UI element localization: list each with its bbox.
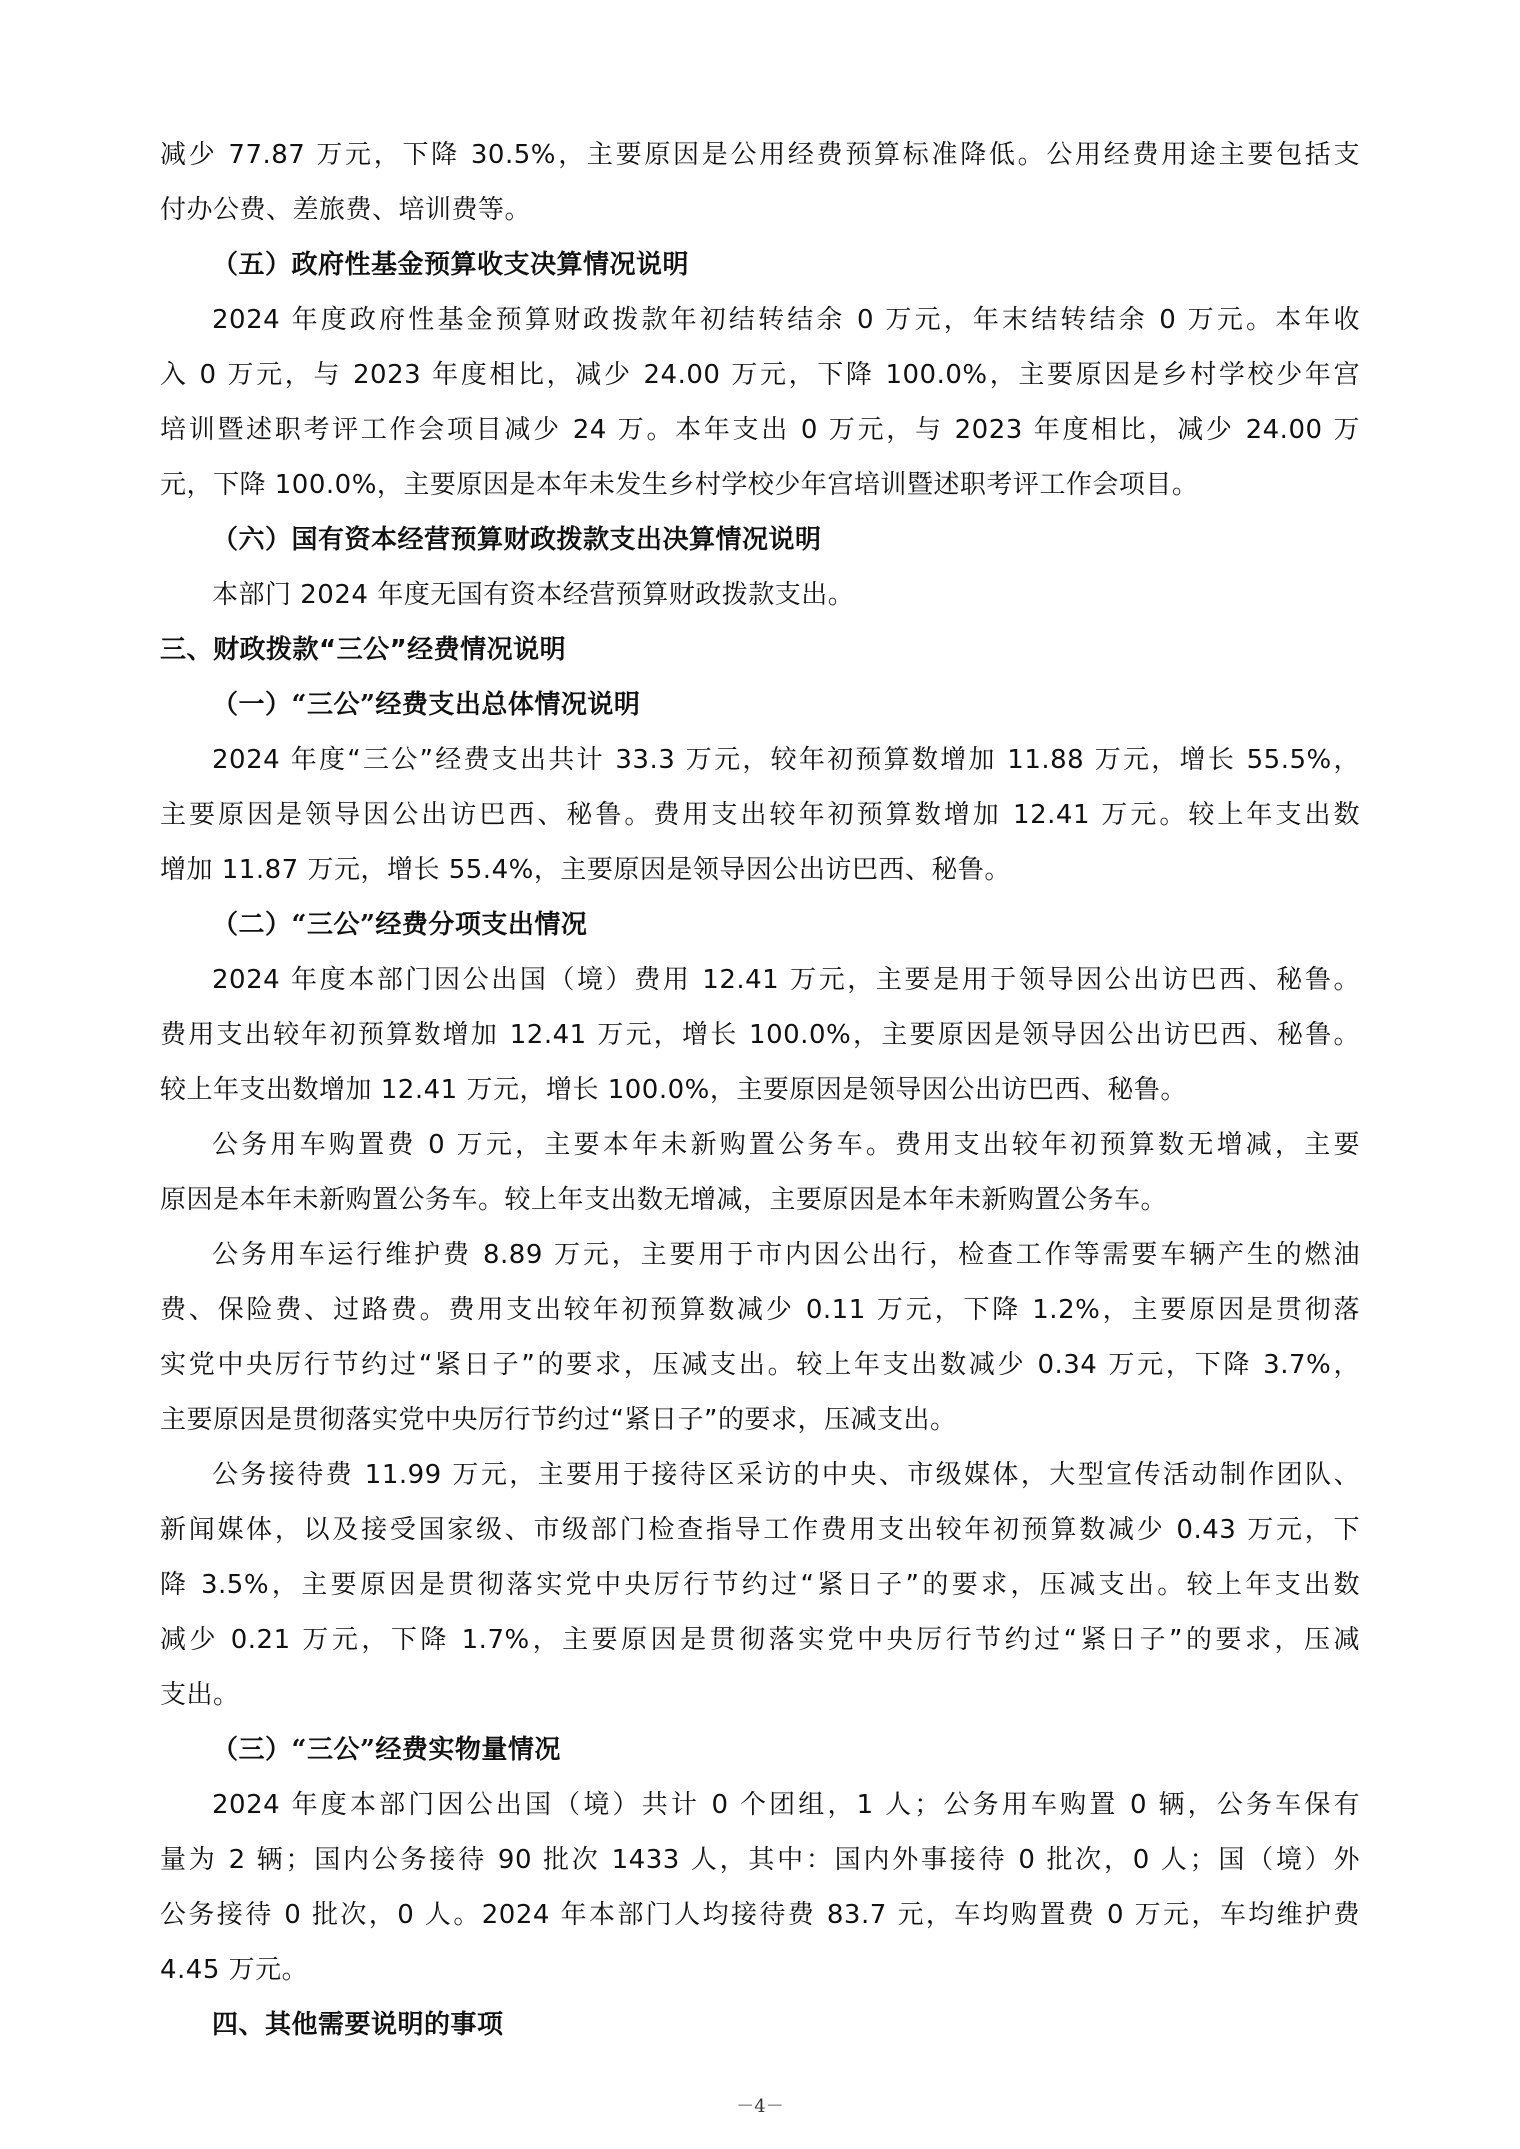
text-line: 增加 11.87 万元，增长 55.4%，主要原因是领导因公出访巴西、秘鲁。 <box>160 843 1360 898</box>
paragraph-reception-expenses: 公务接待费 11.99 万元，主要用于接待区采访的中央、市级媒体，大型宣传活动制… <box>160 1448 1360 1723</box>
text-line: 费、保险费、过路费。费用支出较年初预算数减少 0.11 万元，下降 1.2%，主… <box>160 1283 1360 1338</box>
text-line: 降 3.5%，主要原因是贯彻落实党中央厉行节约过“紧日子”的要求，压减支出。较上… <box>160 1558 1360 1613</box>
text-line: 量为 2 辆；国内公务接待 90 批次 1433 人，其中：国内外事接待 0 批… <box>160 1833 1360 1888</box>
section-heading-government-fund: （五）政府性基金预算收支决算情况说明 <box>160 238 1360 293</box>
text-line: 公务用车运行维护费 8.89 万元，主要用于市内因公出行，检查工作等需要车辆产生… <box>160 1228 1360 1283</box>
text-line: 减少 77.87 万元，下降 30.5%，主要原因是公用经费预算标准降低。公用经… <box>160 128 1360 183</box>
section-heading-state-capital: （六）国有资本经营预算财政拨款支出决算情况说明 <box>160 513 1360 568</box>
text-line: 2024 年度“三公”经费支出共计 33.3 万元，较年初预算数增加 11.88… <box>160 733 1360 788</box>
text-line: 新闻媒体，以及接受国家级、市级部门检查指导工作费用支出较年初预算数减少 0.43… <box>160 1503 1360 1558</box>
text-line: 主要原因是贯彻落实党中央厉行节约过“紧日子”的要求，压减支出。 <box>160 1393 1360 1448</box>
paragraph-overseas-travel: 2024 年度本部门因公出国（境）费用 12.41 万元，主要是用于领导因公出访… <box>160 953 1360 1118</box>
text-line: 元，下降 100.0%，主要原因是本年未发生乡村学校少年宫培训暨述职考评工作会项… <box>160 458 1360 513</box>
paragraph-public-funds-continuation: 减少 77.87 万元，下降 30.5%，主要原因是公用经费预算标准降低。公用经… <box>160 128 1360 238</box>
text-line: 2024 年度本部门因公出国（境）共计 0 个团组，1 人；公务用车购置 0 辆… <box>160 1778 1360 1833</box>
paragraph-vehicle-maintenance: 公务用车运行维护费 8.89 万元，主要用于市内因公出行，检查工作等需要车辆产生… <box>160 1228 1360 1448</box>
chapter-heading-other-matters: 四、其他需要说明的事项 <box>160 1998 1360 2053</box>
paragraph-vehicle-purchase: 公务用车购置费 0 万元，主要本年未新购置公务车。费用支出较年初预算数无增减，主… <box>160 1118 1360 1228</box>
text-line: 2024 年度本部门因公出国（境）费用 12.41 万元，主要是用于领导因公出访… <box>160 953 1360 1008</box>
text-line: 主要原因是领导因公出访巴西、秘鲁。费用支出较年初预算数增加 12.41 万元。较… <box>160 788 1360 843</box>
paragraph-government-fund: 2024 年度政府性基金预算财政拨款年初结转结余 0 万元，年末结转结余 0 万… <box>160 293 1360 513</box>
text-line: 入 0 万元，与 2023 年度相比，减少 24.00 万元，下降 100.0%… <box>160 348 1360 403</box>
paragraph-overall-expenses: 2024 年度“三公”经费支出共计 33.3 万元，较年初预算数增加 11.88… <box>160 733 1360 898</box>
paragraph-state-capital: 本部门 2024 年度无国有资本经营预算财政拨款支出。 <box>160 568 1360 623</box>
document-page: 减少 77.87 万元，下降 30.5%，主要原因是公用经费预算标准降低。公用经… <box>160 128 1360 2053</box>
text-line: 公务接待 0 批次，0 人。2024 年本部门人均接待费 83.7 元，车均购置… <box>160 1888 1360 1943</box>
text-line: 培训暨述职考评工作会项目减少 24 万。本年支出 0 万元，与 2023 年度相… <box>160 403 1360 458</box>
text-line: 较上年支出数增加 12.41 万元，增长 100.0%，主要原因是领导因公出访巴… <box>160 1063 1360 1118</box>
text-line: 2024 年度政府性基金预算财政拨款年初结转结余 0 万元，年末结转结余 0 万… <box>160 293 1360 348</box>
text-line: 实党中央厉行节约过“紧日子”的要求，压减支出。较上年支出数减少 0.34 万元，… <box>160 1338 1360 1393</box>
text-line: 费用支出较年初预算数增加 12.41 万元，增长 100.0%，主要原因是领导因… <box>160 1008 1360 1063</box>
section-heading-overall-expenses: （一）“三公”经费支出总体情况说明 <box>160 678 1360 733</box>
chapter-heading-three-public-expenses: 三、财政拨款“三公”经费情况说明 <box>160 623 1360 678</box>
text-line: 公务用车购置费 0 万元，主要本年未新购置公务车。费用支出较年初预算数无增减，主… <box>160 1118 1360 1173</box>
paragraph-physical-quantity: 2024 年度本部门因公出国（境）共计 0 个团组，1 人；公务用车购置 0 辆… <box>160 1778 1360 1998</box>
text-line: 原因是本年未新购置公务车。较上年支出数无增减，主要原因是本年未新购置公务车。 <box>160 1173 1360 1228</box>
page-number: －4－ <box>0 2092 1520 2118</box>
text-line: 支出。 <box>160 1668 1360 1723</box>
text-line: 减少 0.21 万元，下降 1.7%，主要原因是贯彻落实党中央厉行节约过“紧日子… <box>160 1613 1360 1668</box>
section-heading-itemized-expenses: （二）“三公”经费分项支出情况 <box>160 898 1360 953</box>
text-line: 付办公费、差旅费、培训费等。 <box>160 183 1360 238</box>
section-heading-physical-quantity: （三）“三公”经费实物量情况 <box>160 1723 1360 1778</box>
text-line: 4.45 万元。 <box>160 1943 1360 1998</box>
text-line: 公务接待费 11.99 万元，主要用于接待区采访的中央、市级媒体，大型宣传活动制… <box>160 1448 1360 1503</box>
